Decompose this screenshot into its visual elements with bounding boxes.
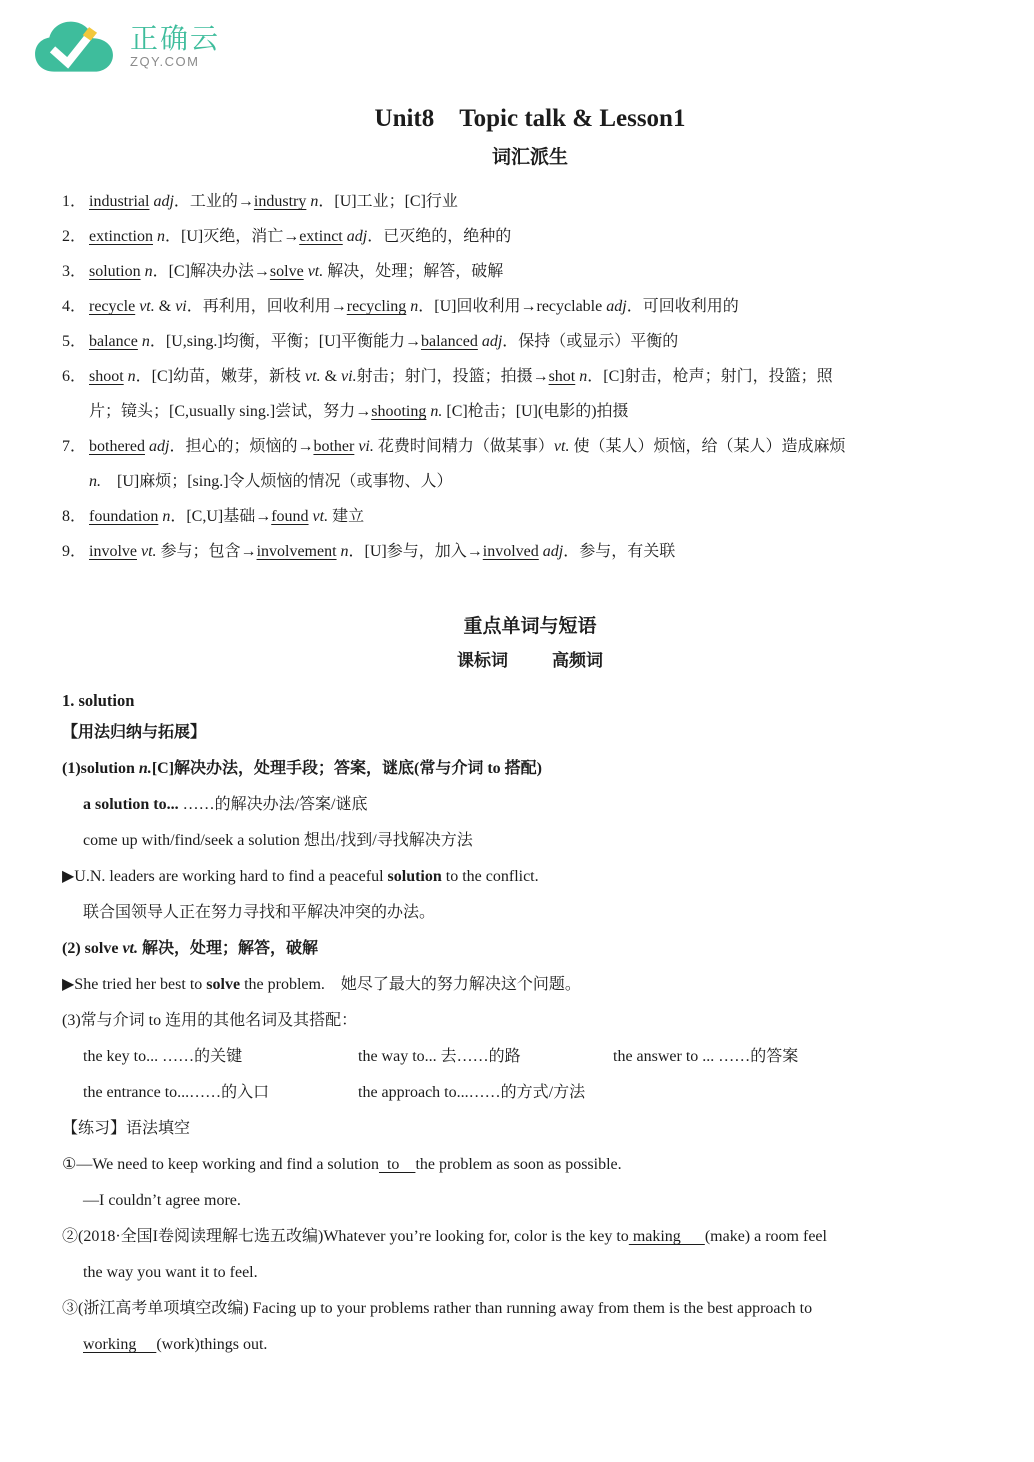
usage-line-solve: (2) solve vt. 解决，处理；解答，破解 — [62, 931, 998, 967]
item-number: 8． — [62, 499, 89, 534]
collocation-cell: the entrance to...……的入口 — [83, 1075, 358, 1111]
logo-text: 正确云 ZQY.COM — [130, 24, 220, 70]
vocab-item-text: n. [U]麻烦；[sing.]令人烦恼的情况（或事物、人） — [89, 464, 998, 499]
usage-line-other-nouns: (3)常与介词 to 连用的其他名词及其搭配： — [62, 1003, 998, 1039]
example-sentence-un: ▶U.N. leaders are working hard to find a… — [62, 859, 998, 895]
vocab-item-5: 5． balance n．[U,sing.]均衡，平衡；[U]平衡能力→bala… — [62, 324, 998, 359]
item-number: 2． — [62, 219, 89, 254]
collocation-cell: the approach to...……的方式/方法 — [358, 1075, 613, 1111]
exercise-2-line-2: the way you want it to feel. — [62, 1255, 998, 1291]
cloud-check-icon — [30, 16, 118, 78]
item-number: 7． — [62, 429, 89, 499]
vocab-item-text: extinction n．[U]灭绝，消亡→extinct adj．已灭绝的，绝… — [89, 219, 998, 254]
vocab-item-7: 7． bothered adj．担心的；烦恼的→bother vi. 花费时间精… — [62, 429, 998, 499]
vocab-item-text: recycle vt. & vi．再利用，回收利用→recycling n．[U… — [89, 289, 998, 324]
word-entry-title: 1. solution — [62, 687, 998, 715]
usage-heading: 【用法归纳与拓展】 — [62, 715, 998, 751]
exercise-1-line-2: —I couldn’t agree more. — [62, 1183, 998, 1219]
vocab-item-4: 4． recycle vt. & vi．再利用，回收利用→recycling n… — [62, 289, 998, 324]
vocab-list: 1． industrial adj．工业的→industry n．[U]工业；[… — [62, 184, 998, 569]
vocab-section-heading: 词汇派生 — [62, 144, 998, 172]
exercise-3-line-1: ③(浙江高考单项填空改编) Facing up to your problems… — [62, 1291, 998, 1327]
vocab-item-3: 3． solution n．[C]解决办法→solve vt. 解决，处理；解答… — [62, 254, 998, 289]
usage-line-come-up-with: come up with/find/seek a solution 想出/找到/… — [62, 823, 998, 859]
collocation-cell: the answer to ... ……的答案 — [613, 1039, 998, 1075]
cloud-shape — [35, 22, 113, 72]
brand-domain: ZQY.COM — [130, 54, 220, 70]
item-number: 4． — [62, 289, 89, 324]
exercise-1-line-1: ①—We need to keep working and find a sol… — [62, 1147, 998, 1183]
collocation-cell: the key to... ……的关键 — [83, 1039, 358, 1075]
vocab-item-text: balance n．[U,sing.]均衡，平衡；[U]平衡能力→balance… — [89, 324, 998, 359]
page-title: Unit8 Topic talk & Lesson1 — [62, 102, 998, 136]
item-number: 6． — [62, 359, 89, 429]
vocab-item-text: shoot n．[C]幼苗，嫩芽，新枝 vt. & vi.射击；射门，投篮；拍摄… — [89, 359, 998, 394]
brand-logo: 正确云 ZQY.COM — [30, 16, 220, 78]
item-number: 5． — [62, 324, 89, 359]
item-number: 3． — [62, 254, 89, 289]
vocab-item-text: solution n．[C]解决办法→solve vt. 解决，处理；解答，破解 — [89, 254, 998, 289]
vocab-item-text: foundation n．[C,U]基础→found vt. 建立 — [89, 499, 998, 534]
word-tags: 课标词 高频词 — [62, 647, 998, 675]
vocab-item-text: bothered adj．担心的；烦恼的→bother vi. 花费时间精力（做… — [89, 429, 998, 464]
vocab-item-text: involve vt. 参与；包含→involvement n．[U]参与，加入… — [89, 534, 998, 569]
vocab-item-8: 8． foundation n．[C,U]基础→found vt. 建立 — [62, 499, 998, 534]
exercise-3-line-2: working (work)things out. — [62, 1327, 998, 1363]
worksheet-page: 正确云 ZQY.COM Unit8 Topic talk & Lesson1 词… — [0, 0, 1034, 1393]
tag-high-frequency-word: 高频词 — [552, 647, 603, 675]
collocation-cell: the way to... 去……的路 — [358, 1039, 613, 1075]
vocab-item-9: 9． involve vt. 参与；包含→involvement n．[U]参与… — [62, 534, 998, 569]
exercise-2-line-1: ②(2018·全国I卷阅读理解七选五改编)Whatever you’re loo… — [62, 1219, 998, 1255]
item-number: 9． — [62, 534, 89, 569]
example-sentence-she: ▶She tried her best to solve the problem… — [62, 967, 998, 1003]
vocab-item-6: 6． shoot n．[C]幼苗，嫩芽，新枝 vt. & vi.射击；射门，投篮… — [62, 359, 998, 429]
item-number: 1． — [62, 184, 89, 219]
collocation-row-1: the key to... ……的关键 the way to... 去……的路 … — [62, 1039, 998, 1075]
vocab-item-text: 片；镜头；[C,usually sing.]尝试，努力→shooting n. … — [89, 394, 998, 429]
usage-line-a-solution-to: a solution to... ……的解决办法/答案/谜底 — [62, 787, 998, 823]
vocab-item-2: 2． extinction n．[U]灭绝，消亡→extinct adj．已灭绝… — [62, 219, 998, 254]
collocation-row-2: the entrance to...……的入口 the approach to.… — [62, 1075, 998, 1111]
usage-line-definition: (1)solution n.[C]解决办法，处理手段；答案，谜底(常与介词 to… — [62, 751, 998, 787]
example-translation-un: 联合国领导人正在努力寻找和平解决冲突的办法。 — [62, 895, 998, 931]
vocab-item-text: industrial adj．工业的→industry n．[U]工业；[C]行… — [89, 184, 998, 219]
vocab-item-1: 1． industrial adj．工业的→industry n．[U]工业；[… — [62, 184, 998, 219]
tag-curriculum-word: 课标词 — [457, 647, 508, 675]
practice-heading: 【练习】语法填空 — [62, 1111, 998, 1147]
keywords-section-heading: 重点单词与短语 — [62, 613, 998, 641]
brand-name: 正确云 — [130, 24, 220, 54]
